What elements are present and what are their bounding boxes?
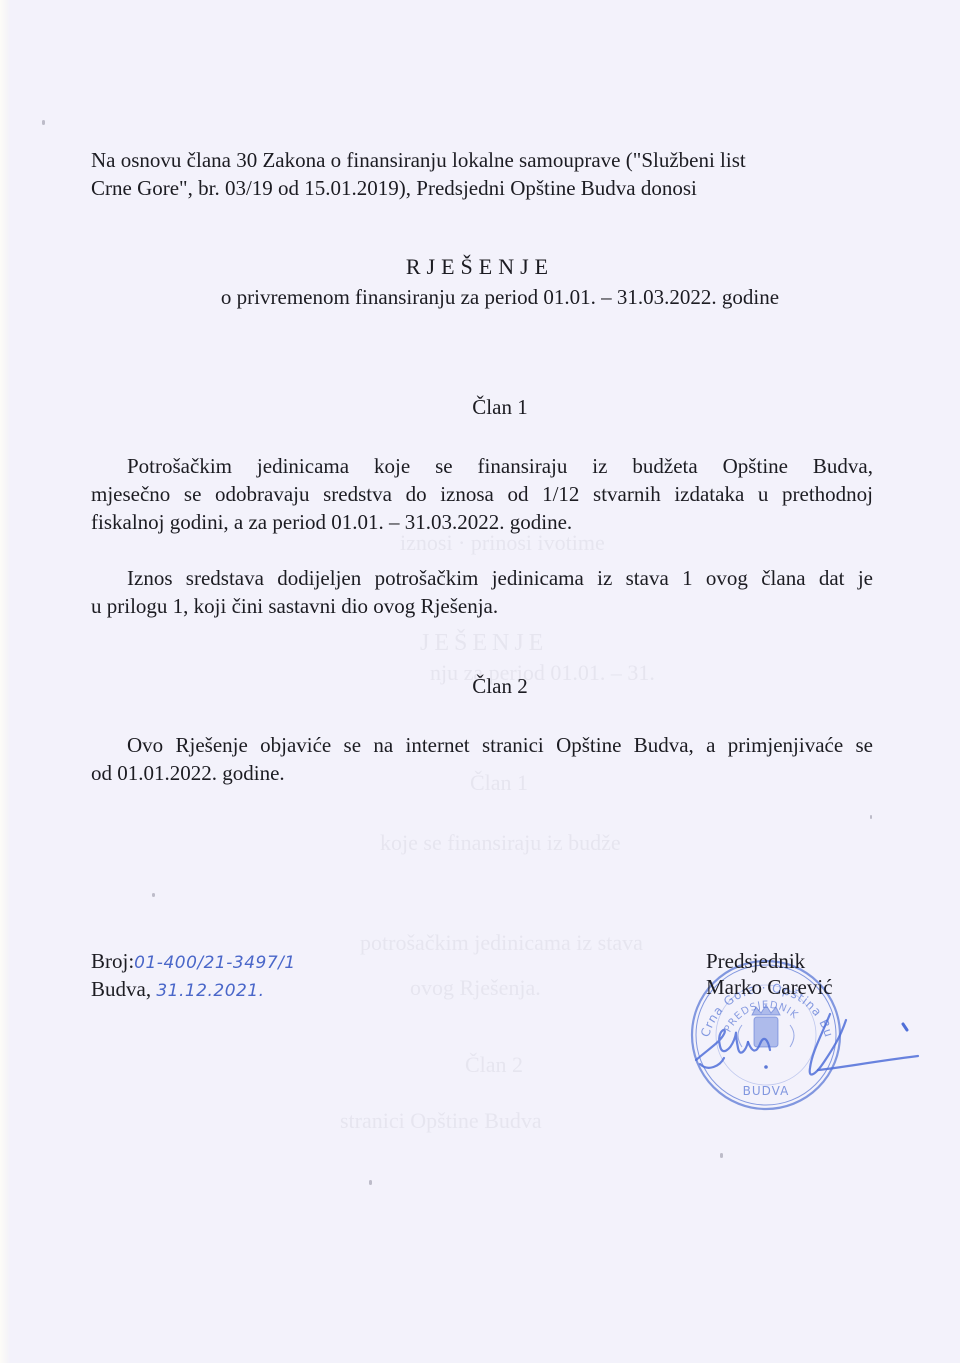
article-1-heading: Član 1 [20,395,960,420]
article-2-heading: Član 2 [20,674,960,699]
signatory-title: Predsjednik [706,948,833,974]
paragraph-line: mjesečno se odobravaju sredstva do iznos… [91,480,873,508]
article-1-paragraph-2: Iznos sredstava dodijeljen potrošačkim j… [91,564,873,620]
handwritten-number: 01-400/21-3497/1 [134,953,296,973]
reference-number-row: Broj:01-400/21-3497/1 [91,948,296,976]
document-title: RJEŠENJE [0,254,960,280]
paper-speck [870,815,872,819]
show-through-text: stranici Opštine Budva [340,1108,542,1134]
show-through-text: koje se finansiraju iz budže [380,830,621,856]
preamble-line: Na osnovu člana 30 Zakona o finansiranju… [91,146,873,174]
paper-speck [152,893,155,897]
place-label: Budva, [91,977,151,1001]
paragraph-line: fiskalnoj godini, a za period 01.01. – 3… [91,508,873,536]
paragraph-line: Potrošačkim jedinicama koje se finansira… [91,452,873,480]
paper-speck [42,120,45,125]
place-date-row: Budva, 31.12.2021. [91,976,296,1004]
paper-speck [720,1153,723,1158]
document-subtitle: o privremenom finansiranju za period 01.… [20,285,960,310]
paper-speck [369,1180,372,1185]
paragraph-line: Iznos sredstava dodijeljen potrošačkim j… [91,564,873,592]
preamble: Na osnovu člana 30 Zakona o finansiranju… [91,146,873,202]
number-label: Broj: [91,949,134,973]
show-through-text: JEŠENJE [420,630,548,657]
document-reference: Broj:01-400/21-3497/1 Budva, 31.12.2021. [91,948,296,1004]
show-through-text: ovog Rješenja. [410,975,541,1001]
show-through-text: potrošačkim jedinicama iz stava [360,930,643,956]
preamble-line: Crne Gore", br. 03/19 od 15.01.2019), Pr… [91,174,873,202]
page-edge [0,0,10,1363]
paragraph-line: Ovo Rješenje objaviće se na internet str… [91,731,873,759]
paragraph-line: od 01.01.2022. godine. [91,759,873,787]
handwritten-signature-icon [690,990,930,1100]
article-2-paragraph-1: Ovo Rješenje objaviće se na internet str… [91,731,873,787]
show-through-text: Član 2 [465,1052,523,1078]
handwritten-date: 31.12.2021. [156,981,264,1001]
article-1-paragraph-1: Potrošačkim jedinicama koje se finansira… [91,452,873,536]
paragraph-line: u prilogu 1, koji čini sastavni dio ovog… [91,592,873,620]
